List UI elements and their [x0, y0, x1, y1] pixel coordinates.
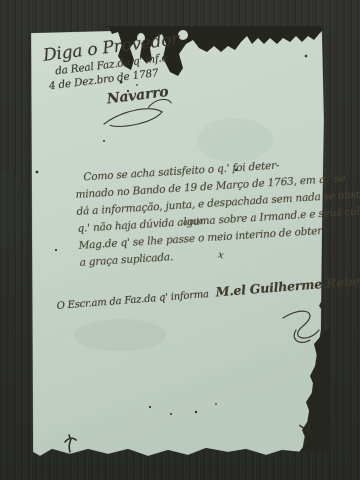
manuscript-photo: Diga o Provedor da Real Faz.da q' inf.e … — [0, 0, 360, 480]
stain — [0, 170, 30, 250]
stain — [74, 319, 166, 351]
body-paragraph: Como se acha satisfeito o q.' foi deter-… — [74, 152, 360, 272]
interline-insertion: ainda — [183, 216, 204, 226]
burn-hole-island — [178, 30, 188, 40]
page-number: 7 — [295, 421, 314, 433]
stain — [197, 118, 273, 162]
